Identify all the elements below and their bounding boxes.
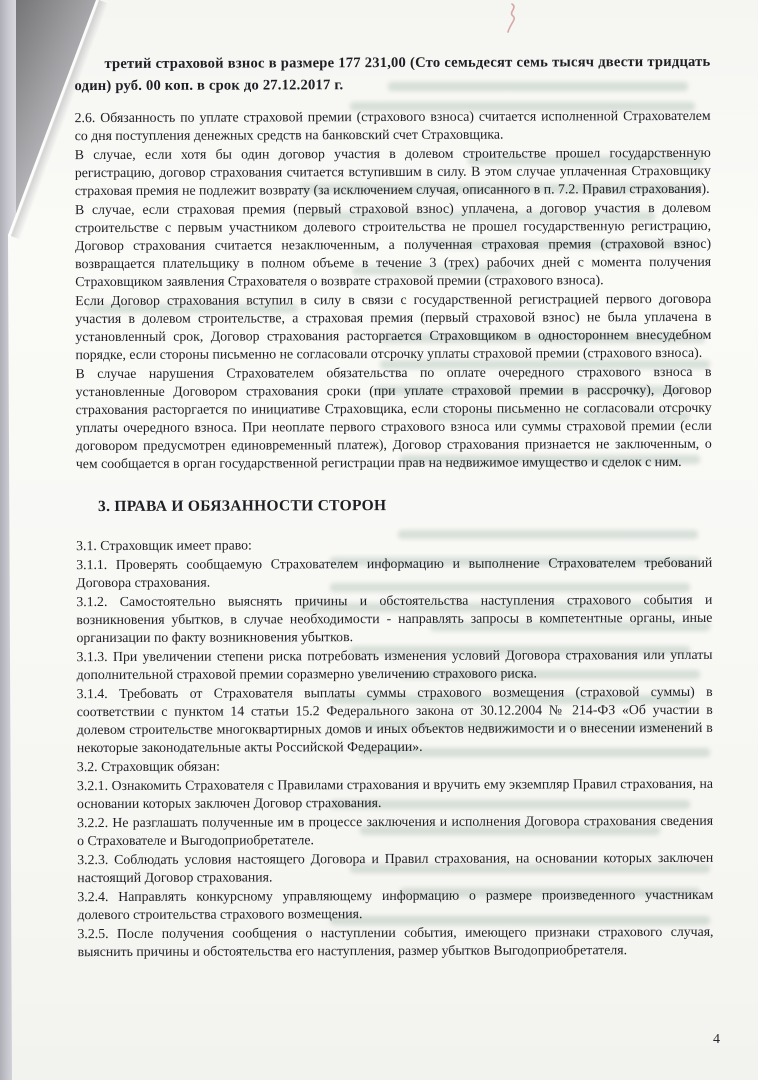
scanner-background: третий страховой взнос в размере 177 231… xyxy=(0,0,758,1080)
clause-3-2-3: 3.2.3. Соблюдать условия настоящего Дого… xyxy=(77,849,713,887)
clause-3-1: 3.1. Страховщик имеет право: xyxy=(76,535,712,555)
clause-3-2-1: 3.2.1. Ознакомить Страхователя с Правила… xyxy=(77,775,713,813)
clause-2-6-premium-return: В случае, если страховая премия (первый … xyxy=(75,199,711,291)
clause-3-2: 3.2. Страховщик обязан: xyxy=(77,756,713,776)
clause-3-1-3: 3.1.3. При увеличении степени риска потр… xyxy=(76,646,712,684)
page-number: 4 xyxy=(713,1032,720,1048)
clause-payment-third-installment: третий страховой взнос в размере 177 231… xyxy=(74,51,710,97)
clause-3-2-4: 3.2.4. Направлять конкурсному управляюще… xyxy=(77,886,713,924)
clause-3-1-1: 3.1.1. Проверять сообщаемую Страхователе… xyxy=(76,554,712,592)
clause-2-6-registration: В случае, если хотя бы один договор учас… xyxy=(75,144,711,200)
clause-3-1-4: 3.1.4. Требовать от Страхователя выплаты… xyxy=(77,683,713,757)
clause-2-6-termination: Если Договор страхования вступил в силу … xyxy=(75,290,711,364)
clause-3-1-2: 3.1.2. Самостоятельно выяснять причины и… xyxy=(76,591,712,647)
clause-2-6-violation: В случае нарушения Страхователем обязате… xyxy=(76,363,712,473)
red-ink-mark xyxy=(498,2,528,36)
clause-3-2-2: 3.2.2. Не разглашать полученные им в про… xyxy=(77,812,713,850)
clause-2-6: 2.6. Обязанность по уплате страховой пре… xyxy=(75,107,711,145)
document-body: третий страховой взнос в размере 177 231… xyxy=(74,51,713,962)
section-3-heading: 3. ПРАВА И ОБЯЗАННОСТИ СТОРОН xyxy=(98,495,712,517)
document-page: третий страховой взнос в размере 177 231… xyxy=(0,0,758,1080)
clause-3-2-5: 3.2.5. После получения сообщения о насту… xyxy=(77,923,713,961)
